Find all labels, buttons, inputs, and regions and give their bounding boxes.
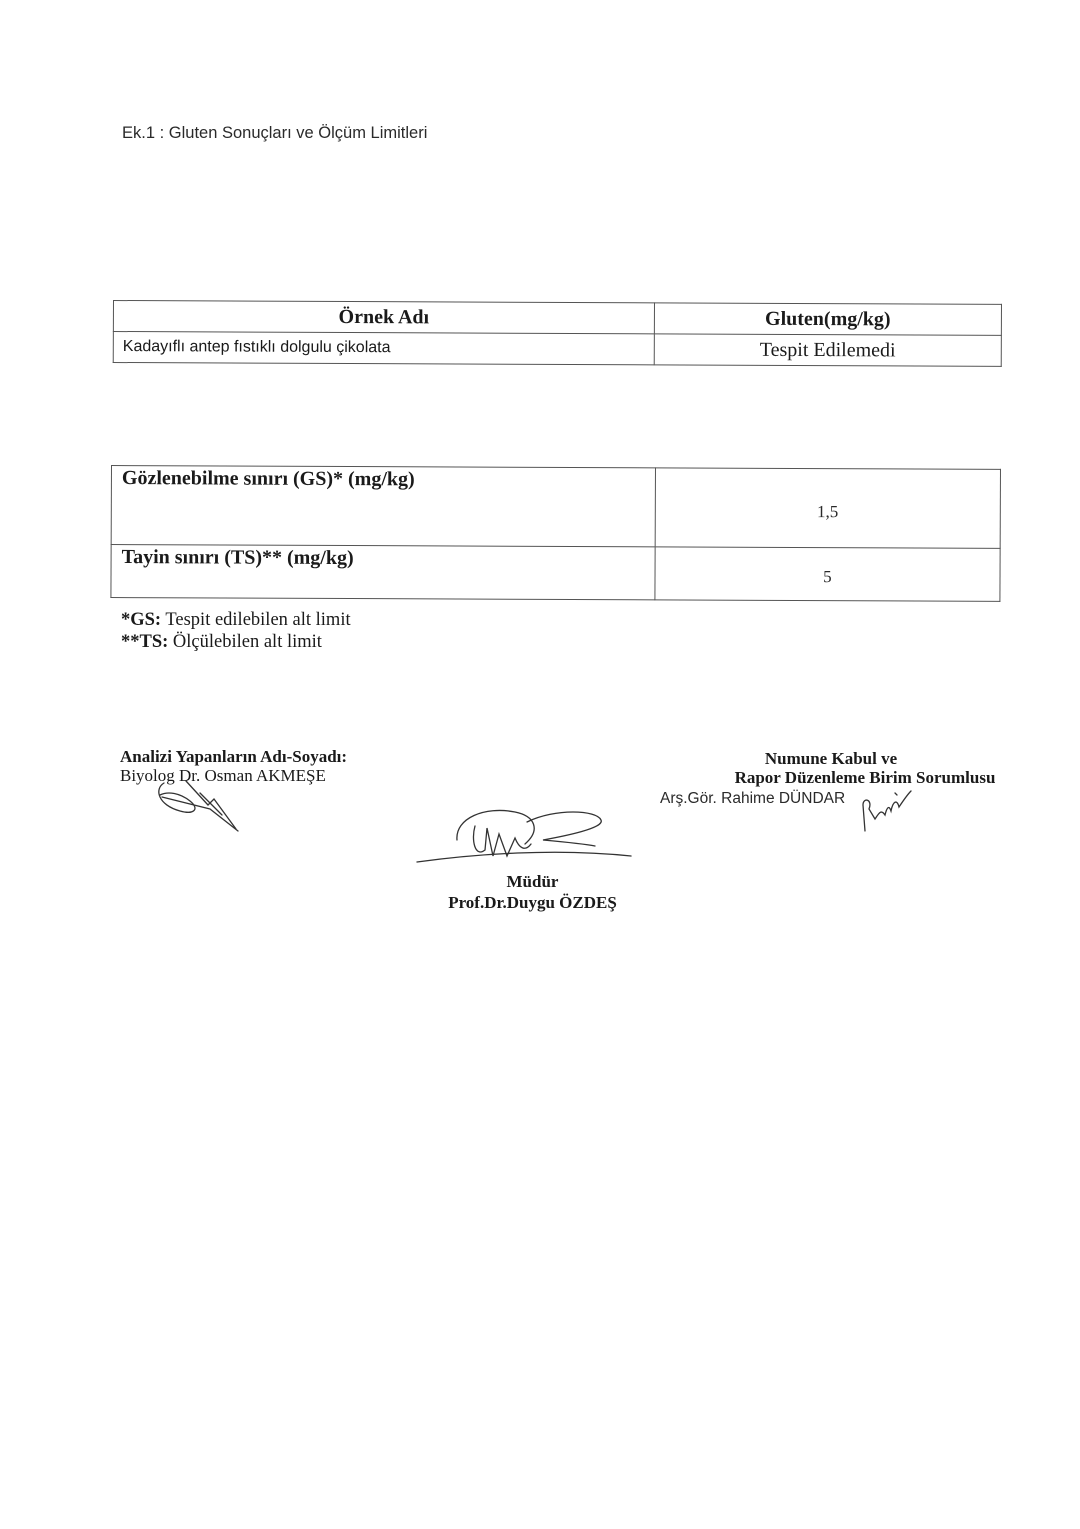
measurement-limits-table: Gözlenebilme sınırı (GS)* (mg/kg) 1,5 Ta… [110,465,1001,602]
footnote-key: *GS: [121,610,161,630]
sample-acceptance-signature-icon [855,785,915,835]
sample-acceptance-title-line1: Numune Kabul ve [600,749,1062,769]
detection-limit-label: Gözlenebilme sınırı (GS)* (mg/kg) [111,466,655,547]
quantification-limit-label: Tayin sınırı (TS)** (mg/kg) [111,545,655,600]
table-row: Kadayıflı antep fıstıklı dolgulu çikolat… [113,332,1001,367]
table-row: Tayin sınırı (TS)** (mg/kg) 5 [111,545,1000,602]
document-heading: Ek.1 : Gluten Sonuçları ve Ölçüm Limitle… [122,124,427,143]
footnote-text: Ölçülebilen alt limit [168,632,322,652]
sample-acceptance-title-line2: Rapor Düzenleme Birim Sorumlusu [600,768,1080,788]
footnote-gs: *GS: Tespit edilebilen alt limit [121,610,351,631]
column-header-sample-name: Örnek Adı [113,301,654,334]
director-title: Müdür [420,872,645,892]
gluten-result-cell: Tespit Edilemedi [654,334,1001,367]
quantification-limit-value: 5 [655,547,1001,602]
analyst-signature-icon [150,775,250,835]
footnote-key: **TS: [121,632,168,652]
gluten-results-table: Örnek Adı Gluten(mg/kg) Kadayıflı antep … [113,300,1002,367]
analyst-title: Analizi Yapanların Adı-Soyadı: [120,747,347,767]
sample-acceptance-name: Arş.Gör. Rahime DÜNDAR [660,790,845,808]
director-name: Prof.Dr.Duygu ÖZDEŞ [420,893,645,913]
sample-name-cell: Kadayıflı antep fıstıklı dolgulu çikolat… [113,332,654,365]
footnote-text: Tespit edilebilen alt limit [161,610,351,630]
table-header-row: Örnek Adı Gluten(mg/kg) [113,301,1001,336]
detection-limit-value: 1,5 [655,468,1001,549]
footnote-ts: **TS: Ölçülebilen alt limit [121,632,322,653]
column-header-gluten: Gluten(mg/kg) [654,303,1001,336]
table-row: Gözlenebilme sınırı (GS)* (mg/kg) 1,5 [111,466,1000,549]
director-signature-icon [415,800,635,875]
